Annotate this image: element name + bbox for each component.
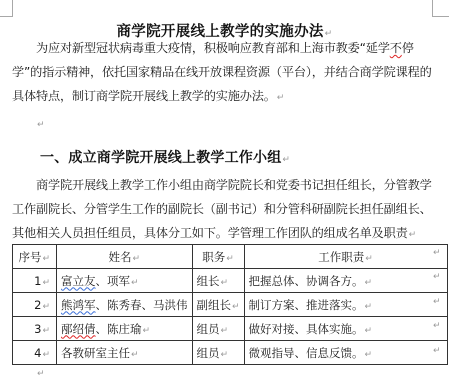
header-cell-name[interactable]: 姓名↵ <box>57 245 193 269</box>
empty-paragraph-mark-icon[interactable]: ↵ <box>37 369 45 379</box>
cell-duty[interactable]: 微观指导、信息反馈。↵ <box>244 341 447 365</box>
table-row: 4↵ 各教研室主任↵ 组员↵ 微观指导、信息反馈。↵ <box>13 341 448 365</box>
staff-table[interactable]: 序号↵ 姓名↵ 职务↵ 工作职责↵ 1↵ 富立友、项军↵ 组长↵ 把握总体、协调… <box>12 244 448 365</box>
row-end-mark-icon: ↵ <box>433 297 441 307</box>
spellcheck-flagged-text[interactable]: 不 <box>390 41 402 55</box>
table-row: 1↵ 富立友、项军↵ 组长↵ 把握总体、协调各方。↵ <box>13 269 448 293</box>
cell-duty[interactable]: 把握总体、协调各方。↵ <box>244 269 447 293</box>
table-header-row: 序号↵ 姓名↵ 职务↵ 工作职责↵ <box>13 245 448 269</box>
section-heading[interactable]: 一、成立商学院开展线上教学工作小组↵ <box>40 147 290 167</box>
page-corner-mark-top-left <box>0 0 13 17</box>
spellcheck-flagged-text: 邴绍倩 <box>61 322 96 336</box>
table-row: 2↵ 熊鸿军、陈秀春、马洪伟 副组长↵ 制订方案、推进落实。↵ <box>13 293 448 317</box>
cell-duty[interactable]: 制订方案、推进落实。↵ <box>244 293 447 317</box>
cell-role[interactable]: 组长↵ <box>192 269 244 293</box>
paragraph-mark-icon: ↵ <box>282 155 290 165</box>
cell-name[interactable]: 熊鸿军、陈秀春、马洪伟 <box>57 293 193 317</box>
table-row: 3↵ 邴绍倩、陈庄瑜↵ 组员↵ 做好对接、具体实施。↵ <box>13 317 448 341</box>
paragraph-mark-icon: ↵ <box>277 93 284 103</box>
row-end-mark-icon: ↵ <box>433 272 441 282</box>
row-end-mark-icon: ↵ <box>433 346 441 356</box>
grammar-flagged-text: 熊鸿军 <box>61 298 96 312</box>
header-cell-role[interactable]: 职务↵ <box>192 245 244 269</box>
row-end-mark-icon: ↵ <box>433 321 441 331</box>
section-body-paragraph[interactable]: 商学院开展线上教学工作小组由商学院院长和党委书记担任组长，分管教学工作副院长、分… <box>12 173 434 247</box>
row-end-mark-icon: ↵ <box>433 248 441 258</box>
header-cell-duty[interactable]: 工作职责↵ <box>244 245 447 269</box>
cell-no[interactable]: 3↵ <box>13 317 57 341</box>
cell-duty[interactable]: 做好对接、具体实施。↵ <box>244 317 447 341</box>
grammar-flagged-text: 富立友 <box>61 274 96 288</box>
cell-name[interactable]: 各教研室主任↵ <box>57 341 193 365</box>
cell-no[interactable]: 2↵ <box>13 293 57 317</box>
cell-role[interactable]: 组员↵ <box>192 341 244 365</box>
cell-role[interactable]: 组员↵ <box>192 317 244 341</box>
cell-role[interactable]: 副组长↵ <box>192 293 244 317</box>
cell-no[interactable]: 4↵ <box>13 341 57 365</box>
paragraph-mark-icon: ↵ <box>409 230 416 240</box>
header-cell-no[interactable]: 序号↵ <box>13 245 57 269</box>
cell-name[interactable]: 邴绍倩、陈庄瑜↵ <box>57 317 193 341</box>
page-corner-mark-top-right <box>432 0 449 17</box>
cell-no[interactable]: 1↵ <box>13 269 57 293</box>
intro-paragraph[interactable]: 为应对新型冠状病毒重大疫情，积极响应教育部和上海市教委“延学不停学”的指示精神，… <box>12 36 434 110</box>
empty-paragraph-mark-icon[interactable]: ↵ <box>37 120 45 130</box>
cell-name[interactable]: 富立友、项军↵ <box>57 269 193 293</box>
